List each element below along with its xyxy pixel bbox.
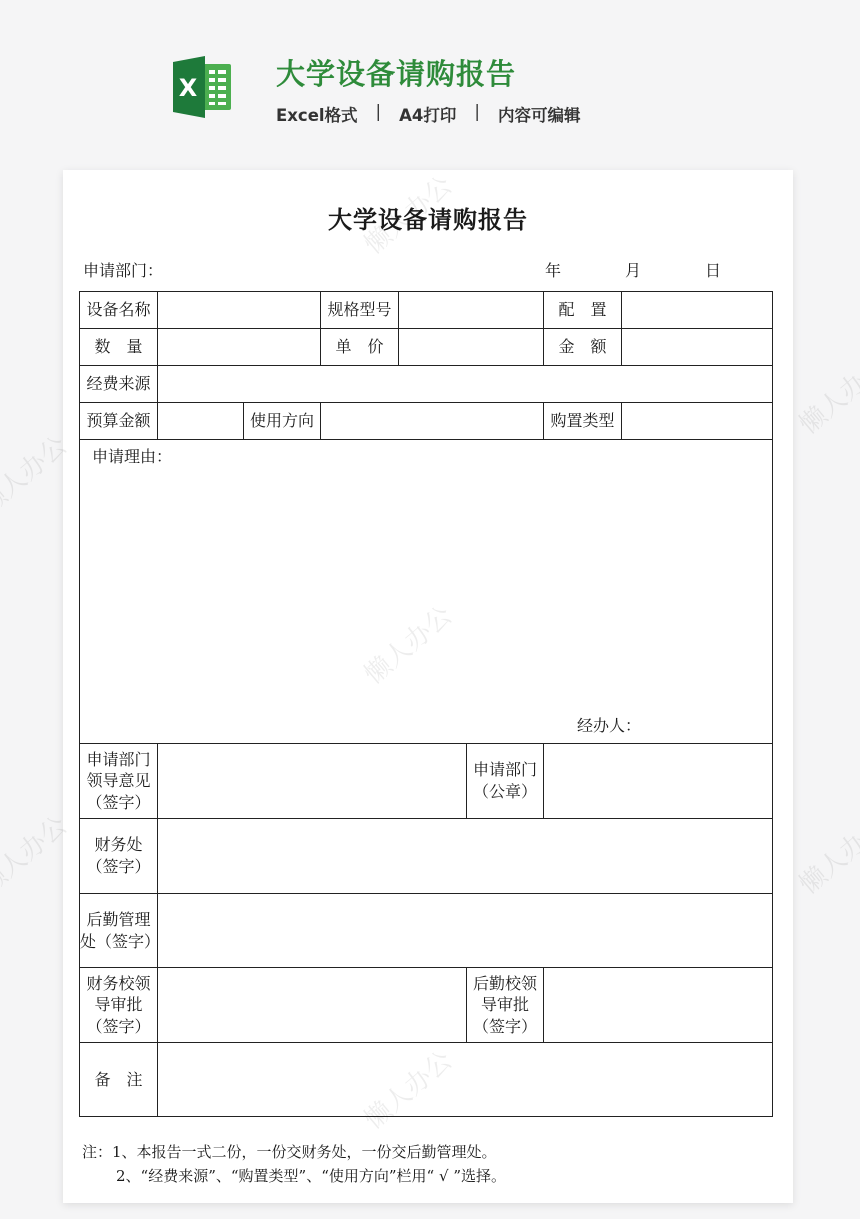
remark-label: 备 注: [80, 1043, 158, 1117]
purchase-type-label: 购置类型: [544, 403, 622, 440]
document-page: 大学设备请购报告 申请部门： 年 月 日 设备名称 规格型号 配 置 数 量 单…: [63, 170, 793, 1203]
table-row: 财务处（签字）: [80, 819, 773, 894]
date-fields: 年 月 日: [545, 258, 721, 281]
svg-text:X: X: [179, 74, 198, 102]
usage-direction-field[interactable]: [321, 403, 544, 440]
quantity-label: 数 量: [80, 329, 158, 366]
fund-source-label: 经费来源: [80, 366, 158, 403]
handler-label: 经办人：: [577, 715, 641, 737]
dept-label: 申请部门：: [83, 258, 163, 281]
tag-separator: |: [474, 102, 480, 126]
footnotes: 注：1、本报告一式二份，一份交财务处，一份交后勤管理处。 2、“经费来源”、“购…: [82, 1140, 506, 1188]
table-row: 财务校领导审批（签字） 后勤校领导审批（签字）: [80, 968, 773, 1043]
request-form-table: 设备名称 规格型号 配 置 数 量 单 价 金 额 经费来源 预算金额 使用方向…: [79, 291, 773, 1117]
logistics-leader-approval-field[interactable]: [544, 968, 773, 1043]
tag-separator: |: [376, 102, 382, 126]
tag-format: Excel格式: [276, 102, 358, 126]
table-row: 经费来源: [80, 366, 773, 403]
config-label: 配 置: [544, 292, 622, 329]
table-row: 备 注: [80, 1043, 773, 1117]
table-row: 数 量 单 价 金 额: [80, 329, 773, 366]
date-year: 年: [545, 258, 625, 281]
dept-leader-opinion-label: 申请部门领导意见（签字）: [80, 744, 158, 819]
table-row: 后勤管理处（签字）: [80, 894, 773, 968]
watermark: 懒人办公: [790, 806, 860, 901]
reason-field[interactable]: 申请理由： 经办人：: [80, 440, 773, 744]
quantity-field[interactable]: [158, 329, 321, 366]
excel-icon: X: [171, 56, 233, 118]
watermark: 懒人办公: [790, 346, 860, 441]
logistics-office-label: 后勤管理处（签字）: [80, 894, 158, 968]
table-row: 预算金额 使用方向 购置类型: [80, 403, 773, 440]
config-field[interactable]: [622, 292, 773, 329]
reason-label: 申请理由：: [92, 446, 172, 468]
finance-leader-approval-label: 财务校领导审批（签字）: [80, 968, 158, 1043]
unit-price-field[interactable]: [399, 329, 544, 366]
header-tags: Excel格式 | A4打印 | 内容可编辑: [276, 102, 580, 126]
budget-amount-field[interactable]: [158, 403, 244, 440]
logistics-leader-approval-label: 后勤校领导审批（签字）: [467, 968, 544, 1043]
finance-office-field[interactable]: [158, 819, 773, 894]
remark-field[interactable]: [158, 1043, 773, 1117]
unit-price-label: 单 价: [321, 329, 399, 366]
usage-direction-label: 使用方向: [244, 403, 321, 440]
amount-field[interactable]: [622, 329, 773, 366]
finance-leader-approval-field[interactable]: [158, 968, 467, 1043]
logistics-office-field[interactable]: [158, 894, 773, 968]
header-title: 大学设备请购报告: [276, 52, 516, 93]
document-title: 大学设备请购报告: [63, 200, 793, 235]
amount-label: 金 额: [544, 329, 622, 366]
budget-amount-label: 预算金额: [80, 403, 158, 440]
date-day: 日: [705, 258, 721, 281]
spec-model-field[interactable]: [399, 292, 544, 329]
date-month: 月: [625, 258, 705, 281]
equipment-name-field[interactable]: [158, 292, 321, 329]
equipment-name-label: 设备名称: [80, 292, 158, 329]
table-row: 设备名称 规格型号 配 置: [80, 292, 773, 329]
dept-seal-field[interactable]: [544, 744, 773, 819]
tag-editable: 内容可编辑: [498, 102, 581, 126]
purchase-type-field[interactable]: [622, 403, 773, 440]
table-row: 申请部门领导意见（签字） 申请部门（公章）: [80, 744, 773, 819]
finance-office-label: 财务处（签字）: [80, 819, 158, 894]
table-row: 申请理由： 经办人：: [80, 440, 773, 744]
footnote-1: 注：1、本报告一式二份，一份交财务处，一份交后勤管理处。: [82, 1140, 506, 1164]
footnote-2: 2、“经费来源”、“购置类型”、“使用方向”栏用“ √ ”选择。: [82, 1164, 506, 1188]
spec-model-label: 规格型号: [321, 292, 399, 329]
fund-source-field[interactable]: [158, 366, 773, 403]
dept-leader-opinion-field[interactable]: [158, 744, 467, 819]
page-header: X 大学设备请购报告 Excel格式 | A4打印 | 内容可编辑: [0, 0, 860, 160]
tag-print: A4打印: [399, 102, 456, 126]
dept-seal-label: 申请部门（公章）: [467, 744, 544, 819]
